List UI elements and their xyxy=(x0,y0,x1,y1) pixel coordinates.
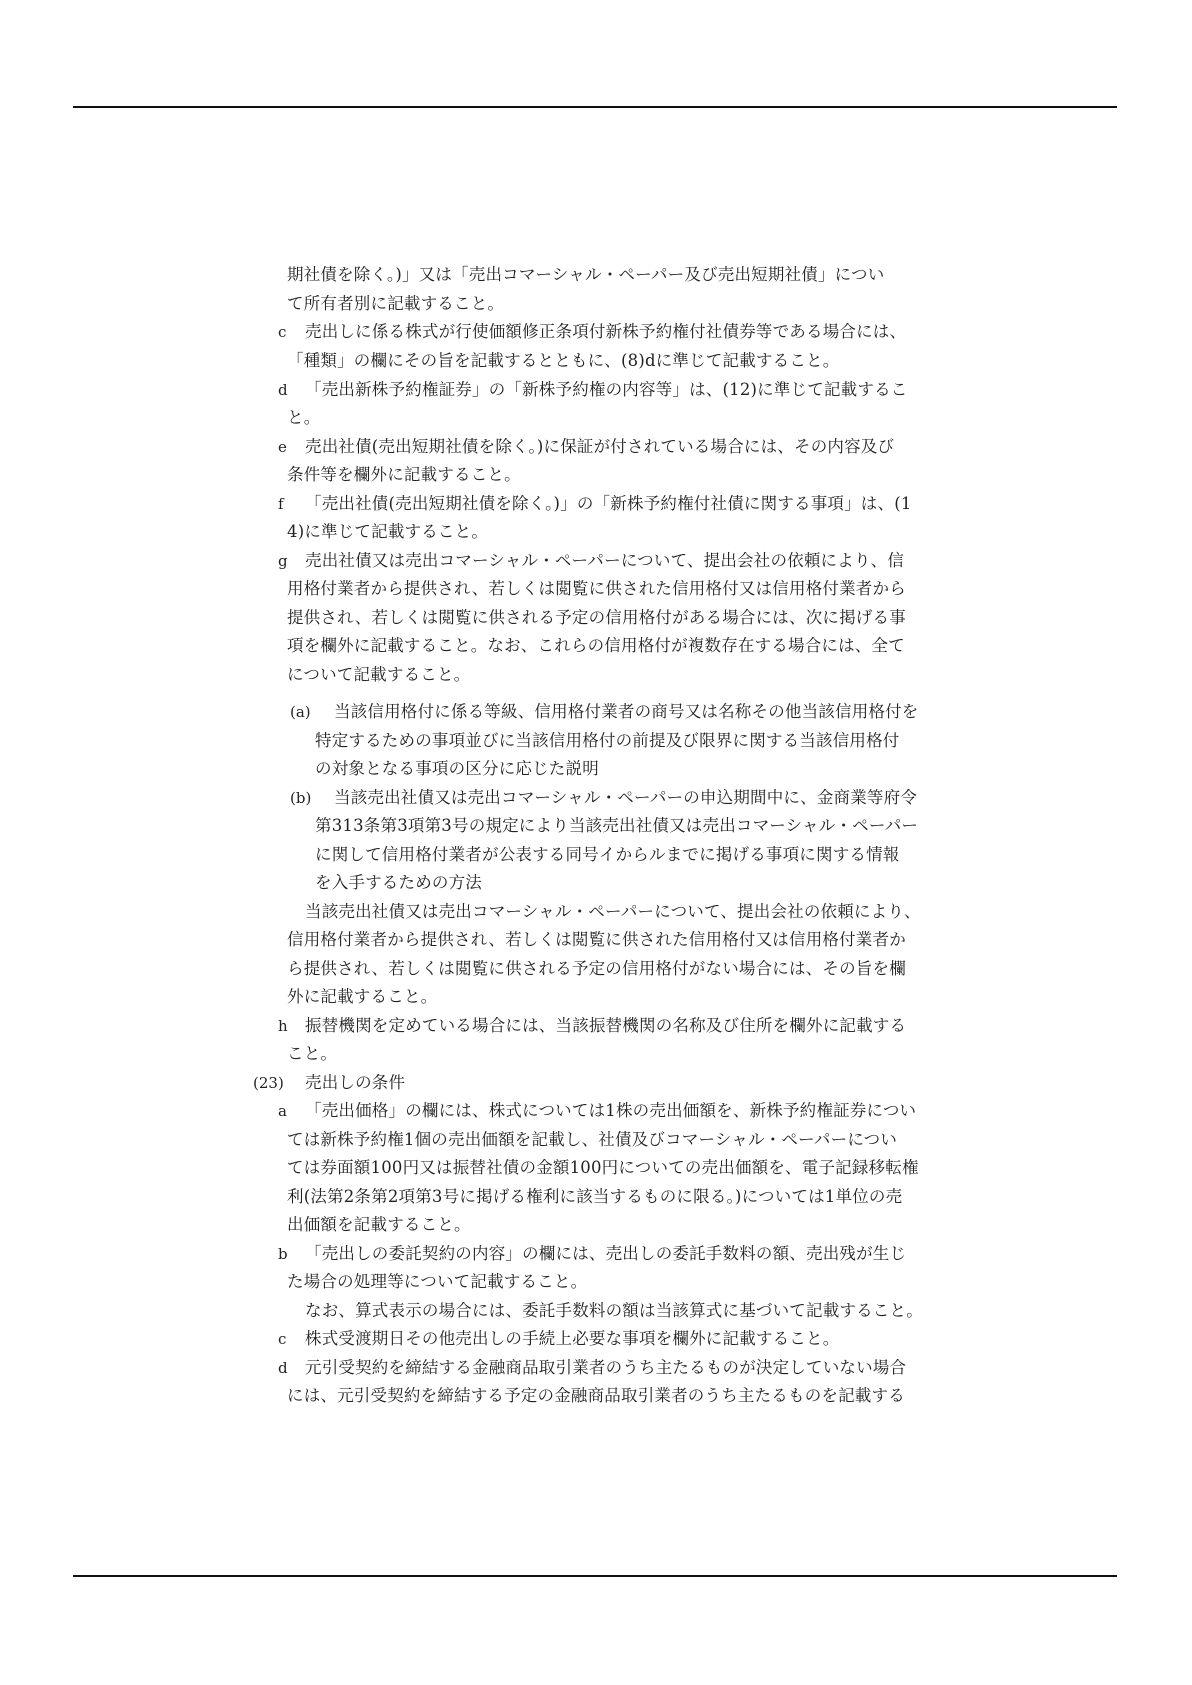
text-line: に関して信用格付業者が公表する同号イからルまでに掲げる事項に関する情報 xyxy=(315,845,900,865)
text-line: 当該信用格付に係る等級、信用格付業者の商号又は名称その他当該信用格付を xyxy=(334,702,919,722)
item-marker: (b) xyxy=(290,788,311,808)
text-line: 「売出社債(売出短期社債を除く。)」の「新株予約権付社債に関する事項」は、(1 xyxy=(305,494,912,514)
item-marker: f xyxy=(278,494,284,514)
text-line: 売出しの条件 xyxy=(305,1073,405,1093)
item-marker: h xyxy=(278,1016,288,1036)
text-line: 期社債を除く。)」又は「売出コマーシャル・ペーパー及び売出短期社債」につい xyxy=(287,265,884,285)
item-marker: c xyxy=(278,322,286,342)
item-marker: c xyxy=(278,1329,286,1349)
text-line: 利(法第2条第2項第3号に掲げる権利に該当するものに限る。)については1単位の売 xyxy=(287,1187,902,1207)
footer-rule xyxy=(73,1575,1117,1577)
item-marker: d xyxy=(278,380,288,400)
text-line: 外に記載すること。 xyxy=(287,987,437,1007)
text-line: 「種類」の欄にその旨を記載するとともに、(8)dに準じて記載すること。 xyxy=(287,351,839,371)
text-line: 出価額を記載すること。 xyxy=(287,1215,471,1235)
item-marker: a xyxy=(278,1101,287,1121)
text-line: て所有者別に記載すること。 xyxy=(287,294,504,314)
text-line: 第313条第3項第3号の規定により当該売出社債又は売出コマーシャル・ペーパー xyxy=(315,816,918,836)
text-line: こと。 xyxy=(287,1044,337,1064)
text-line: 元引受契約を締結する金融商品取引業者のうち主たるものが決定していない場合 xyxy=(305,1358,906,1378)
text-line: 「売出新株予約権証券」の「新株予約権の内容等」は、(12)に準じて記載するこ xyxy=(305,380,907,400)
text-line: 項を欄外に記載すること。なお、これらの信用格付が複数存在する場合には、全て xyxy=(287,636,905,656)
item-marker: b xyxy=(278,1244,288,1264)
text-line: 4)に準じて記載すること。 xyxy=(287,522,488,542)
text-line: 「売出しの委託契約の内容」の欄には、売出しの委託手数料の額、売出残が生じ xyxy=(305,1244,906,1264)
text-line: なお、算式表示の場合には、委託手数料の額は当該算式に基づいて記載すること。 xyxy=(305,1301,923,1321)
text-line: 売出社債又は売出コマーシャル・ペーパーについて、提出会社の依頼により、信 xyxy=(305,551,904,571)
text-line: 用格付業者から提供され、若しくは閲覧に供された信用格付又は信用格付業者から xyxy=(287,579,906,599)
text-line: 提供され、若しくは閲覧に供される予定の信用格付がある場合には、次に掲げる事 xyxy=(287,608,906,628)
item-marker: (a) xyxy=(290,702,311,722)
text-line: 「売出価格」の欄には、株式については1株の売出価額を、新株予約権証券につい xyxy=(305,1101,916,1121)
text-line: 特定するための事項並びに当該信用格付の前提及び限界に関する当該信用格付 xyxy=(315,731,900,751)
text-line: ら提供され、若しくは閲覧に供される予定の信用格付がない場合には、その旨を欄 xyxy=(287,959,906,979)
text-line: 売出社債(売出短期社債を除く。)に保証が付されている場合には、その内容及び xyxy=(305,437,894,457)
text-line: 当該売出社債又は売出コマーシャル・ペーパーについて、提出会社の依頼により、 xyxy=(305,902,921,922)
text-line: を入手するための方法 xyxy=(315,873,482,893)
text-line: 振替機関を定めている場合には、当該振替機関の名称及び住所を欄外に記載する xyxy=(305,1016,906,1036)
text-line: 売出しに係る株式が行使価額修正条項付新株予約権付社債券等である場合には、 xyxy=(305,322,906,342)
text-line: について記載すること。 xyxy=(287,665,470,685)
text-line: ては新株予約権1個の売出価額を記載し、社債及びコマーシャル・ペーパーについ xyxy=(287,1130,897,1150)
header-rule xyxy=(73,106,1117,108)
text-line: た場合の処理等について記載すること。 xyxy=(287,1272,587,1292)
text-line: 条件等を欄外に記載すること。 xyxy=(287,465,521,485)
text-line: と。 xyxy=(287,408,320,428)
text-line: 信用格付業者から提供され、若しくは閲覧に供された信用格付又は信用格付業者か xyxy=(287,930,906,950)
item-marker: g xyxy=(278,551,288,571)
text-line: には、元引受契約を締結する予定の金融商品取引業者のうち主たるものを記載する xyxy=(287,1386,905,1406)
item-marker: d xyxy=(278,1358,288,1378)
item-marker: (23) xyxy=(253,1073,284,1093)
text-line: 当該売出社債又は売出コマーシャル・ペーパーの申込期間中に、金商業等府令 xyxy=(334,788,917,808)
text-line: 株式受渡期日その他売出しの手続上必要な事項を欄外に記載すること。 xyxy=(305,1329,839,1349)
item-marker: e xyxy=(278,437,287,457)
text-line: の対象となる事項の区分に応じた説明 xyxy=(315,759,599,779)
text-line: ては券面額100円又は振替社債の金額100円についての売出価額を、電子記録移転権 xyxy=(287,1158,919,1178)
